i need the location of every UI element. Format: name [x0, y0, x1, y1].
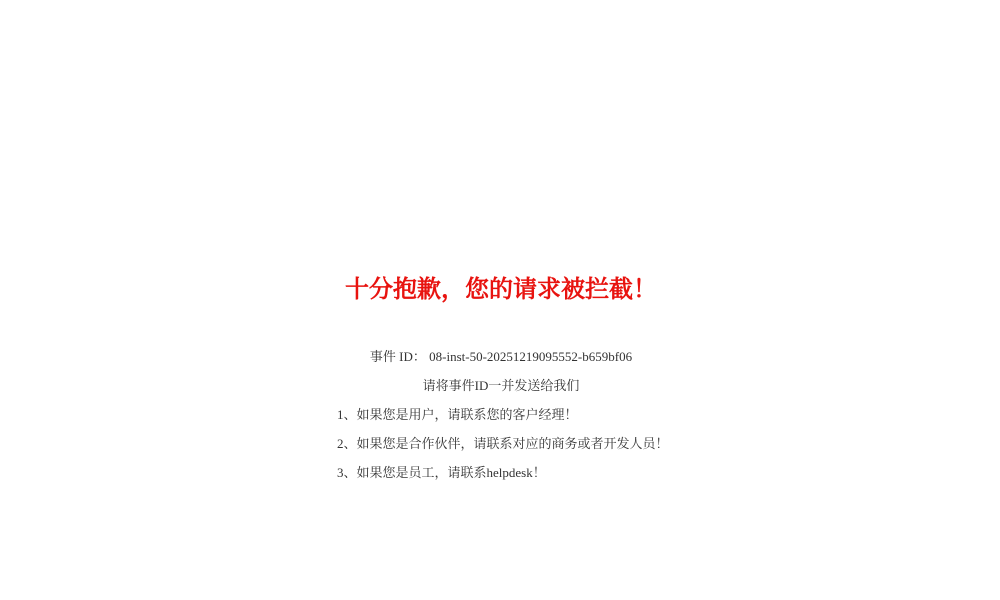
event-id-line: 事件 ID： 08-inst-50-20251219095552-b659bf0… — [336, 348, 666, 366]
instruction-item-employee: 3、如果您是员工，请联系helpdesk！ — [337, 464, 669, 493]
instruction-item-partner: 2、如果您是合作伙伴，请联系对应的商务或者开发人员！ — [337, 435, 669, 464]
page-title: 十分抱歉，您的请求被拦截！ — [336, 270, 666, 308]
send-instruction: 请将事件ID一并发送给我们 — [336, 377, 666, 395]
event-id-label: 事件 ID： — [370, 349, 426, 364]
instruction-list: 1、如果您是用户，请联系您的客户经理！ 2、如果您是合作伙伴，请联系对应的商务或… — [337, 406, 669, 493]
event-id-value: 08-inst-50-20251219095552-b659bf06 — [429, 349, 632, 364]
instruction-item-customer: 1、如果您是用户，请联系您的客户经理！ — [337, 406, 669, 435]
